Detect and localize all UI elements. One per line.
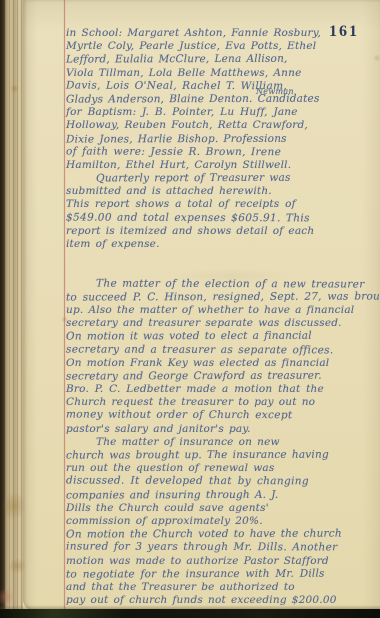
handwritten-line: Church request the treasurer to pay out … (66, 396, 378, 409)
handwritten-line: Davis, Lois O'Neal, Rachel T. William, (66, 79, 378, 93)
handwritten-line: insured for 3 years through Mr. Dills. A… (66, 541, 378, 555)
handwritten-line: Holloway, Reuben Foutch, Retta Crawford, (66, 119, 378, 132)
handwritten-line (66, 251, 378, 265)
handwritten-line: Hamilton, Ethel Hurt, Carolyn Stillwell. (66, 159, 378, 172)
handwritten-line: Gladys Anderson, Blaine Denton. Candidat… (66, 92, 378, 106)
handwritten-line: money without order of Church except (66, 409, 378, 423)
handwritten-line: in School: Margaret Ashton, Fannie Rosbu… (66, 27, 378, 40)
handwritten-line: Dills the Church could save agents' (66, 502, 378, 515)
handwritten-line: and that the Treasurer be authorized to (66, 581, 378, 594)
handwritten-line: up. Also the matter of whether to have a… (66, 304, 378, 317)
handwritten-line: companies and insuring through A. J. (66, 488, 378, 502)
handwritten-line: Lefford, Eulalia McClure, Lena Allison, (66, 53, 378, 67)
handwriting-block: in School: Margaret Ashton, Fannie Rosbu… (66, 27, 378, 608)
handwritten-line: Quarterly report of Treasurer was (66, 172, 378, 186)
ledger-page: 161 in School: Margaret Ashton, Fannie R… (23, 0, 380, 610)
handwritten-line: to succeed P. C. Hinson, resigned, Sept.… (66, 290, 378, 304)
handwritten-line: commission of approximately 20%. (66, 515, 378, 528)
handwritten-line: for Baptism: J. B. Pointer, Lu Huff, Jan… (66, 106, 378, 119)
interline-insertion: Newman (256, 88, 294, 96)
handwritten-line: of faith were: Jessie R. Brown, Irene (66, 145, 378, 159)
margin-rule-line (64, 0, 65, 610)
handwritten-line: $549.00 and total expenses $605.91. This (66, 211, 378, 225)
handwritten-line: On motion it was voted to elect a financ… (66, 330, 378, 344)
handwritten-line: The matter of the election of a new trea… (66, 277, 378, 291)
handwritten-line: Dixie Jones, Harlie Bishop. Professions (66, 132, 378, 146)
handwritten-line: run out the question of renewal was (66, 462, 378, 475)
handwritten-line: Bro. P. C. Ledbetter made a motion that … (66, 383, 378, 396)
handwritten-line: Myrtle Coly, Pearle Justice, Eva Potts, … (66, 40, 378, 53)
book-binding-edge (5, 0, 23, 618)
handwritten-line: to negotiate for the insurance with Mr. … (66, 567, 378, 581)
handwritten-line: This report shows a total of receipts of (66, 198, 378, 211)
handwritten-line: submitted and is attached herewith. (66, 185, 378, 198)
handwritten-line: pastor's salary and janitor's pay. (66, 423, 378, 436)
handwritten-line (66, 264, 378, 277)
ledger-photo: 161 in School: Margaret Ashton, Fannie R… (0, 0, 380, 618)
handwritten-line: Viola Tillman, Lola Belle Matthews, Anne (66, 67, 378, 80)
handwritten-line: item of expense. (66, 238, 378, 251)
book-cover-edge (0, 609, 380, 618)
handwritten-line: secretary and a treasurer as separate of… (66, 343, 378, 357)
handwritten-line: discussed. It developed that by changing (66, 475, 378, 489)
handwritten-line: report is itemized and shows detail of e… (66, 225, 378, 238)
handwritten-line: secretary and George Crawford as treasur… (66, 369, 378, 383)
handwritten-line: motion was made to authorize Pastor Staf… (66, 555, 378, 568)
handwritten-line: church was brought up. The insurance hav… (66, 448, 378, 462)
handwritten-line: On motion Frank Key was elected as finan… (66, 357, 378, 370)
handwritten-line: secretary and treasurer separate was dis… (66, 317, 378, 330)
handwritten-line: The matter of insurance on new (66, 436, 378, 449)
